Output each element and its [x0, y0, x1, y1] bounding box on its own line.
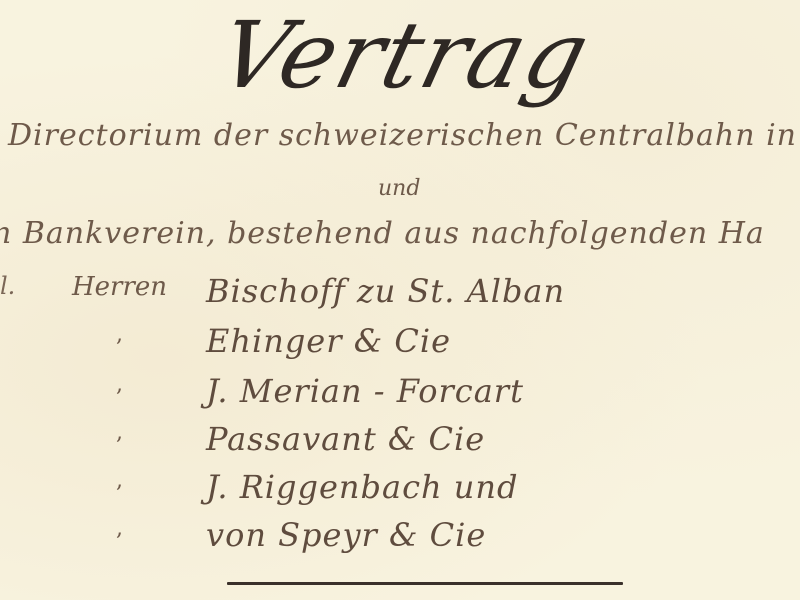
heading-line-2: n Bankverein, bestehend aus nachfolgende… [0, 216, 765, 251]
party-name: von Speyr & Cie [206, 516, 486, 554]
list-item: l. Herren Bischoff zu St. Alban [0, 272, 800, 322]
party-name: J. Merian - Forcart [206, 372, 524, 410]
ditto-mark: , [116, 516, 123, 541]
party-name: Ehinger & Cie [206, 322, 451, 360]
horizontal-rule [227, 582, 623, 585]
heading-line-1: Directorium der schweizerischen Centralb… [8, 118, 797, 153]
party-name: Bischoff zu St. Alban [206, 272, 565, 310]
list-prefix: Herren [72, 272, 167, 302]
list-item: , J. Riggenbach und [0, 468, 800, 518]
party-name: J. Riggenbach und [206, 468, 519, 506]
ditto-mark: , [116, 322, 123, 347]
ditto-mark: , [116, 468, 123, 493]
document-title: Vertrag [209, 2, 601, 109]
list-item: , von Speyr & Cie [0, 516, 800, 566]
list-item: , Ehinger & Cie [0, 322, 800, 372]
party-name: Passavant & Cie [206, 420, 485, 458]
ditto-mark: , [116, 420, 123, 445]
list-item: , J. Merian - Forcart [0, 372, 800, 422]
heading-conjunction: und [378, 176, 420, 201]
list-item: , Passavant & Cie [0, 420, 800, 470]
margin-mark: l. [0, 272, 15, 300]
document-page: Vertrag Directorium der schweizerischen … [0, 0, 800, 600]
ditto-mark: , [116, 372, 123, 397]
